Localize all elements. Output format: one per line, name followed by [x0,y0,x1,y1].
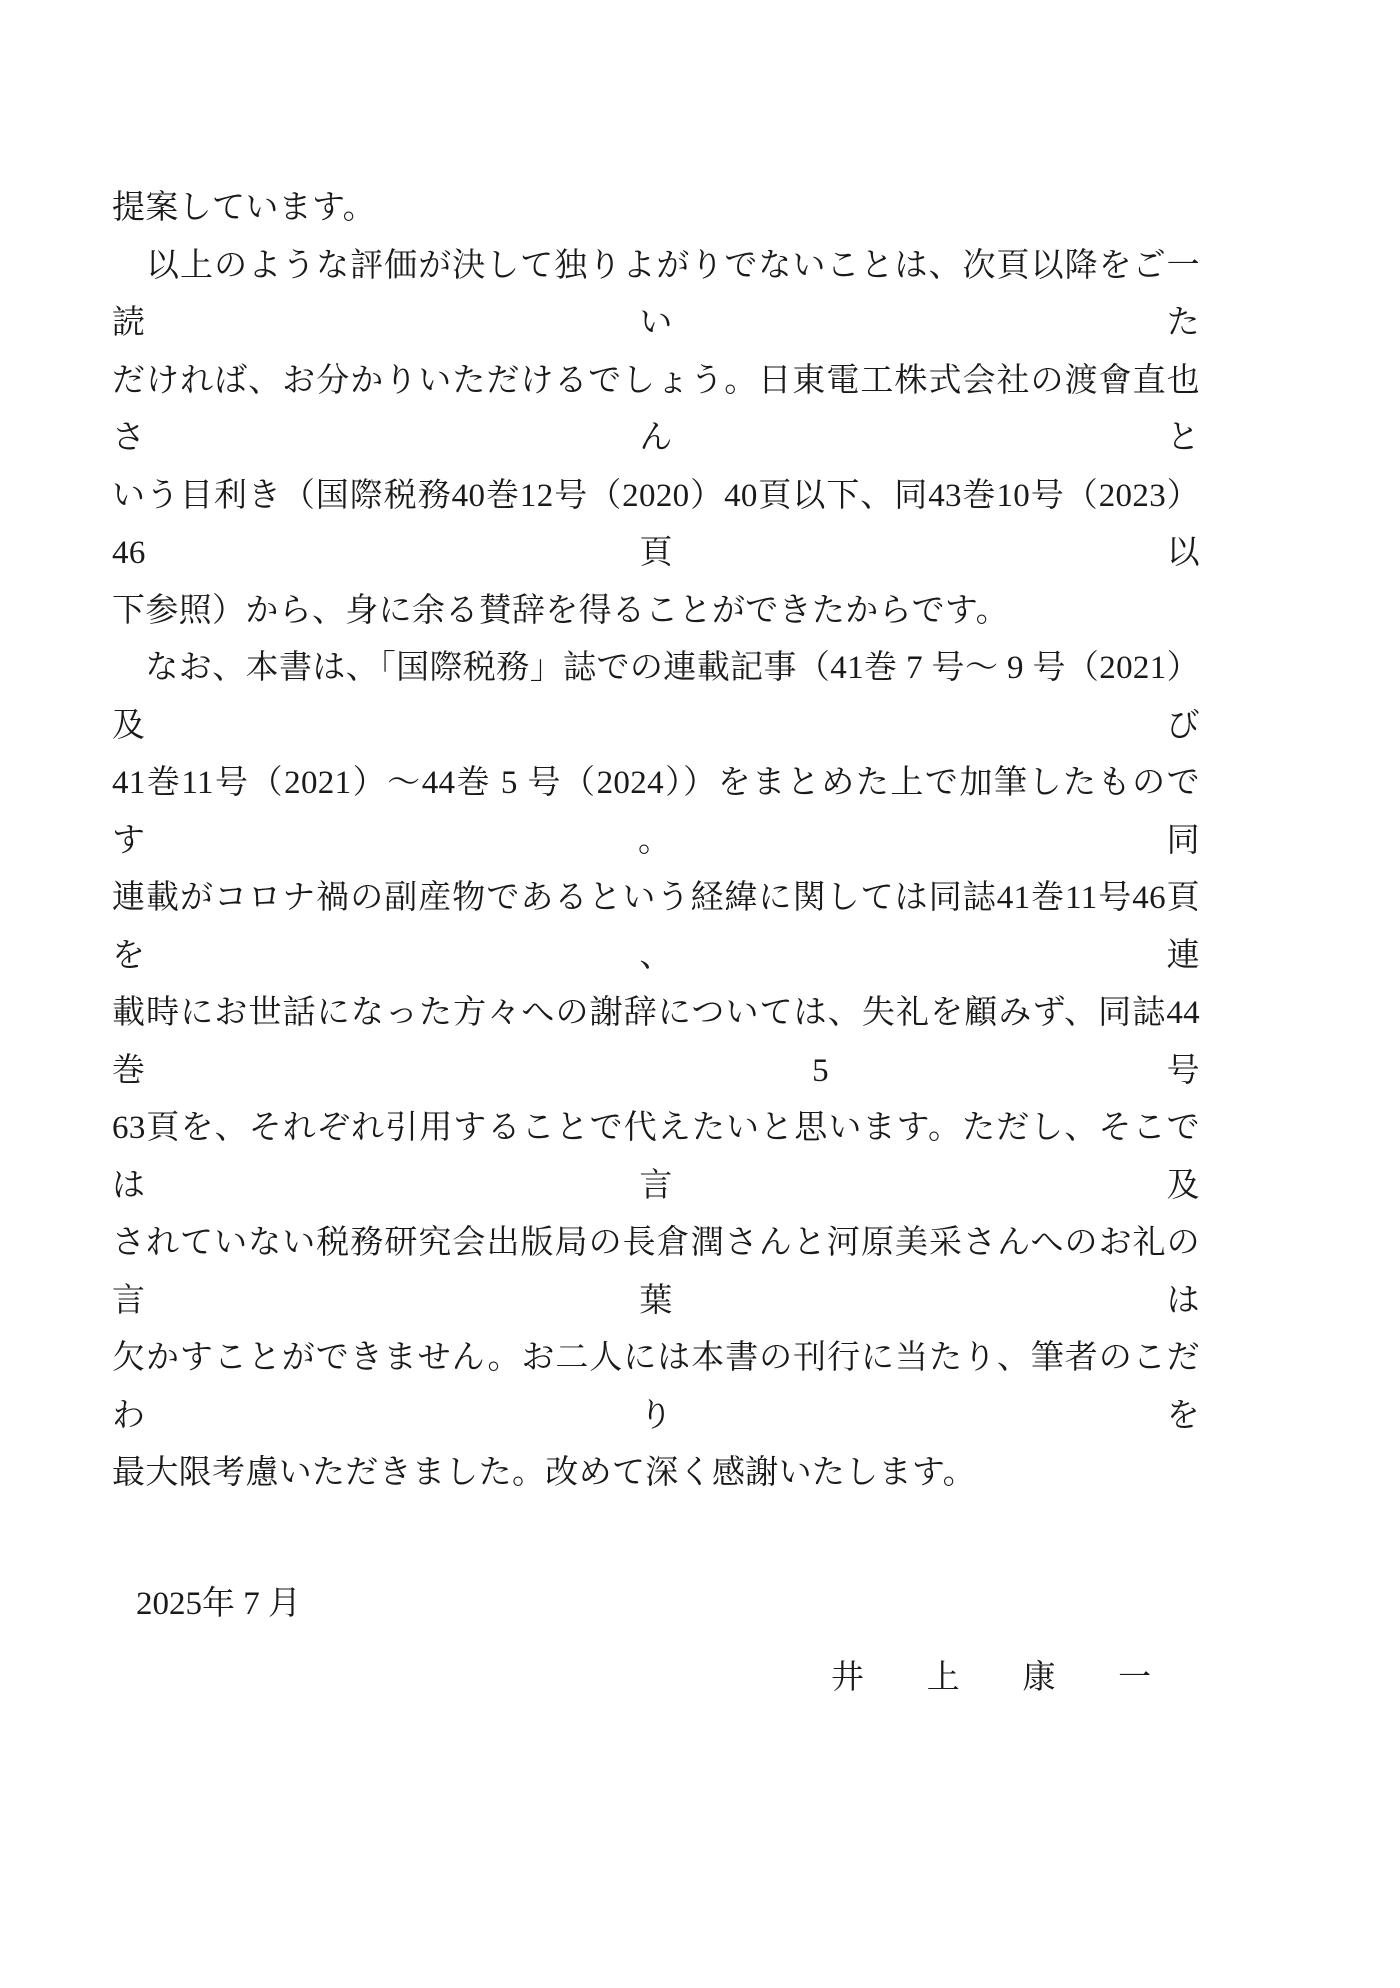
book-page: 提案しています。 以上のような評価が決して独りよがりでないことは、次頁以降をご一… [0,0,1400,1988]
paragraph: 提案しています。 [112,180,1200,238]
text-line: だければ、お分かりいただけるでしょう。日東電工株式会社の渡會直也さんと [112,353,1200,468]
paragraphs-container: 提案しています。 以上のような評価が決して独りよがりでないことは、次頁以降をご一… [112,180,1200,1503]
text-line: 連載がコロナ禍の副産物であるという経緯に関しては同誌41巻11号46頁を、連 [112,870,1200,985]
paragraph: なお、本書は、「国際税務」誌での連載記事（41巻 7 号～ 9 号（2021）及… [112,640,1200,1503]
author-name: 井 上 康 一 [831,1660,1166,1696]
text-line: 欠かすことができません。お二人には本書の刊行に当たり、筆者のこだわりを [112,1330,1200,1445]
text-line: 載時にお世話になった方々への謝辞については、失礼を顧みず、同誌44巻 5 号 [112,985,1200,1100]
text-line: 以上のような評価が決して独りよがりでないことは、次頁以降をご一読いた [112,238,1200,353]
text-line: されていない税務研究会出版局の長倉潤さんと河原美采さんへのお礼の言葉は [112,1215,1200,1330]
afterword-text-block: 提案しています。 以上のような評価が決して独りよがりでないことは、次頁以降をご一… [112,180,1200,1708]
text-line: 63頁を、それぞれ引用することで代えたいと思います。ただし、そこでは言及 [112,1100,1200,1215]
text-line: いう目利き（国際税務40巻12号（2020）40頁以下、同43巻10号（2023… [112,468,1200,583]
date-text: 2025年 7 月 [136,1586,301,1622]
text-line: 提案しています。 [112,180,1200,238]
text-line: なお、本書は、「国際税務」誌での連載記事（41巻 7 号～ 9 号（2021）及… [112,640,1200,755]
signature-line: 井 上 康 一 [112,1650,1200,1708]
text-line: 41巻11号（2021）～44巻 5 号（2024））をまとめた上で加筆したもの… [112,755,1200,870]
paragraph: 以上のような評価が決して独りよがりでないことは、次頁以降をご一読いただければ、お… [112,238,1200,641]
text-line: 下参照）から、身に余る賛辞を得ることができたからです。 [112,583,1200,641]
text-line: 最大限考慮いただきました。改めて深く感謝いたします。 [112,1445,1200,1503]
date-line: 2025年 7 月 [112,1576,1200,1634]
